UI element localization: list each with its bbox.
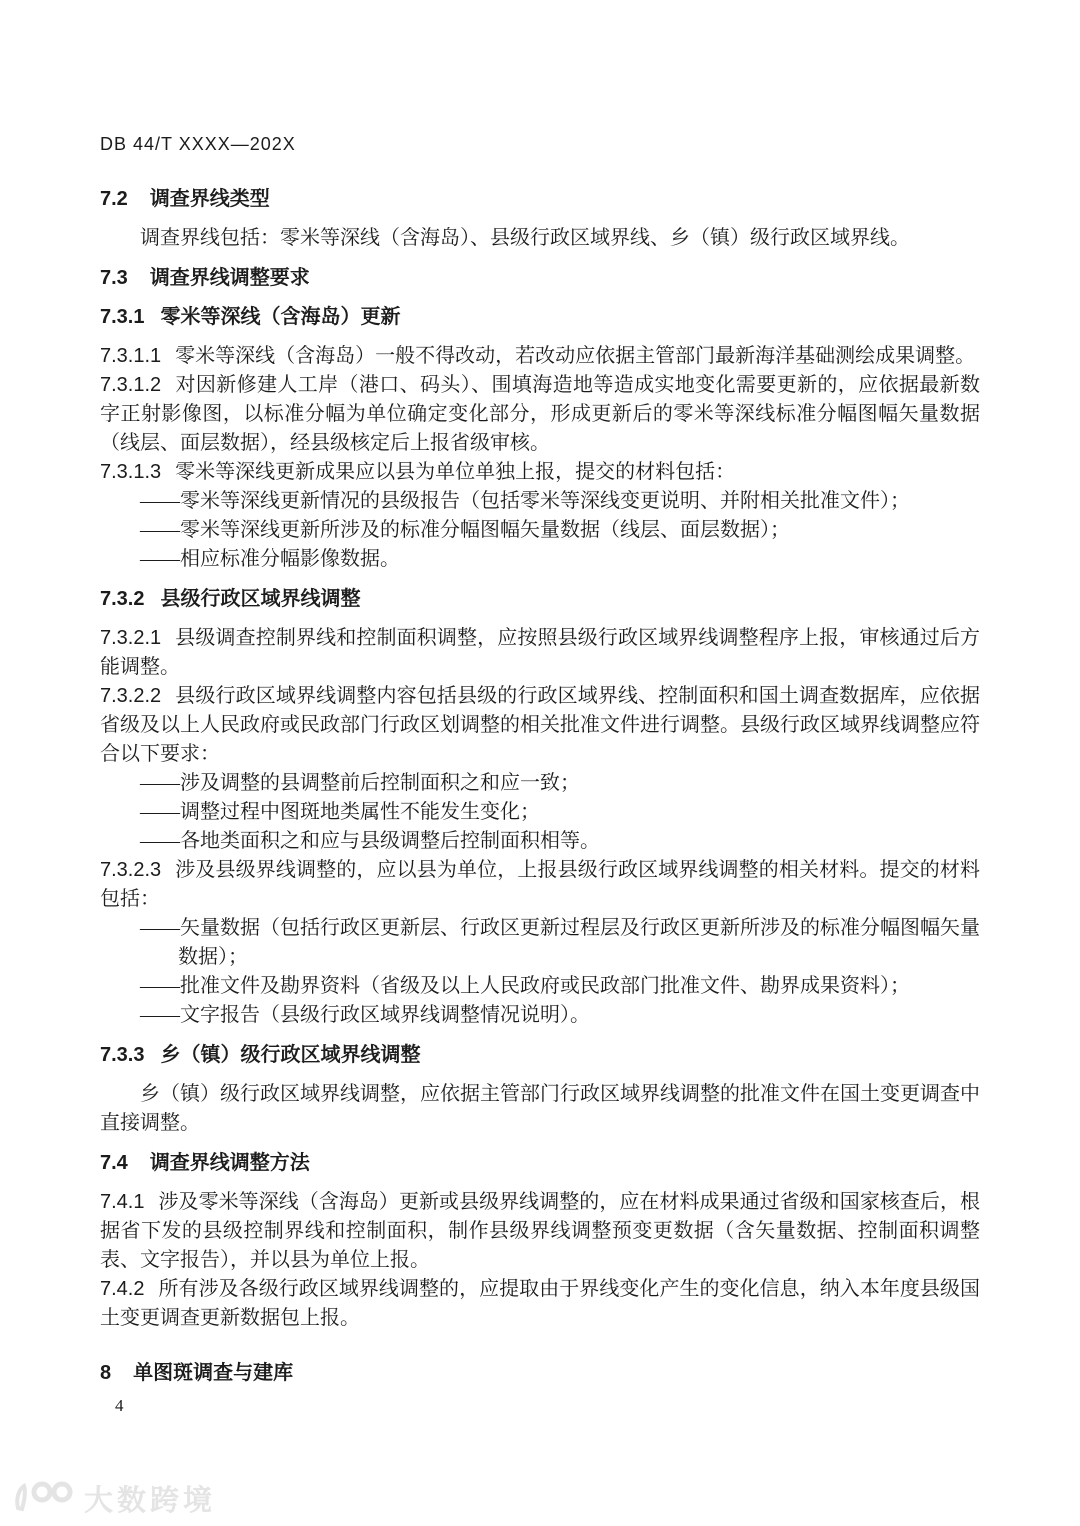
heading-7-3-2: 7.3.2县级行政区域界线调整 bbox=[100, 585, 980, 613]
dash-item: ——零米等深线更新情况的县级报告（包括零米等深线变更说明、并附相关批准文件）； bbox=[100, 487, 980, 516]
dash-item: ——各地类面积之和应与县级调整后控制面积相等。 bbox=[100, 827, 980, 856]
clause-7-3-1-1: 7.3.1.1零米等深线（含海岛）一般不得改动，若改动应依据主管部门最新海洋基础… bbox=[100, 342, 980, 371]
dash-item: ——调整过程中图斑地类属性不能发生变化； bbox=[100, 798, 980, 827]
clause-7-4-2: 7.4.2所有涉及各级行政区域界线调整的，应提取由于界线变化产生的变化信息，纳入… bbox=[100, 1275, 980, 1333]
heading-7-2: 7.2调查界线类型 bbox=[100, 185, 980, 213]
doc-code: DB 44/T XXXX—202X bbox=[100, 130, 980, 159]
page-number: 4 bbox=[115, 1396, 124, 1416]
clause-text: 零米等深线更新成果应以县为单位单独上报，提交的材料包括： bbox=[175, 461, 735, 483]
dash-item: ——零米等深线更新所涉及的标准分幅图幅矢量数据（线层、面层数据）； bbox=[100, 516, 980, 545]
clause-number: 7.3.2.3 bbox=[100, 859, 161, 881]
dash-item: ——涉及调整的县调整前后控制面积之和应一致； bbox=[100, 769, 980, 798]
heading-title: 调查界线类型 bbox=[150, 188, 270, 210]
clause-number: 7.3.1.2 bbox=[100, 374, 161, 396]
heading-number: 7.3.1 bbox=[100, 306, 144, 328]
clause-number: 7.4.1 bbox=[100, 1191, 144, 1213]
heading-title: 单图斑调查与建库 bbox=[133, 1362, 293, 1384]
clause-text: 所有涉及各级行政区域界线调整的，应提取由于界线变化产生的变化信息，纳入本年度县级… bbox=[100, 1278, 980, 1329]
heading-title: 县级行政区域界线调整 bbox=[160, 588, 360, 610]
heading-7-3: 7.3调查界线调整要求 bbox=[100, 264, 980, 292]
heading-number: 7.3.2 bbox=[100, 588, 144, 610]
dash-item: ——文字报告（县级行政区域界线调整情况说明）。 bbox=[100, 1001, 980, 1030]
dash-item: ——矢量数据（包括行政区更新层、行政区更新过程层及行政区更新所涉及的标准分幅图幅… bbox=[100, 914, 980, 972]
dash-item: ——批准文件及勘界资料（省级及以上人民政府或民政部门批准文件、勘界成果资料）； bbox=[100, 972, 980, 1001]
document-content: DB 44/T XXXX—202X 7.2调查界线类型 调查界线包括：零米等深线… bbox=[100, 130, 980, 1398]
clause-number: 7.3.1.3 bbox=[100, 461, 161, 483]
heading-7-3-1: 7.3.1零米等深线（含海岛）更新 bbox=[100, 303, 980, 331]
heading-title: 调查界线调整要求 bbox=[150, 267, 310, 289]
heading-title: 乡（镇）级行政区域界线调整 bbox=[160, 1044, 420, 1066]
heading-7-4: 7.4调查界线调整方法 bbox=[100, 1149, 980, 1177]
watermark-text: 大数跨境 bbox=[84, 1478, 216, 1519]
heading-number: 7.3 bbox=[100, 267, 128, 289]
clause-7-4-1: 7.4.1涉及零米等深线（含海岛）更新或县级界线调整的，应在材料成果通过省级和国… bbox=[100, 1188, 980, 1275]
heading-number: 7.3.3 bbox=[100, 1044, 144, 1066]
heading-number: 7.4 bbox=[100, 1152, 128, 1174]
clause-text: 涉及零米等深线（含海岛）更新或县级界线调整的，应在材料成果通过省级和国家核查后，… bbox=[100, 1191, 980, 1271]
watermark: 大数跨境 bbox=[12, 1478, 216, 1519]
heading-number: 8 bbox=[100, 1362, 111, 1384]
dash-item: ——相应标准分幅影像数据。 bbox=[100, 545, 980, 574]
para-survey-boundary-types: 调查界线包括：零米等深线（含海岛）、县级行政区域界线、乡（镇）级行政区域界线。 bbox=[100, 224, 980, 253]
heading-title: 调查界线调整方法 bbox=[150, 1152, 310, 1174]
clause-number: 7.3.1.1 bbox=[100, 345, 161, 367]
clause-text: 零米等深线（含海岛）一般不得改动，若改动应依据主管部门最新海洋基础测绘成果调整。 bbox=[175, 345, 975, 367]
clause-number: 7.3.2.2 bbox=[100, 685, 161, 707]
heading-8: 8单图斑调查与建库 bbox=[100, 1359, 980, 1387]
clause-text: 涉及县级界线调整的，应以县为单位，上报县级行政区域界线调整的相关材料。提交的材料… bbox=[100, 859, 980, 910]
document-page: DB 44/T XXXX—202X 7.2调查界线类型 调查界线包括：零米等深线… bbox=[0, 0, 1080, 1526]
clause-7-3-2-3: 7.3.2.3涉及县级界线调整的，应以县为单位，上报县级行政区域界线调整的相关材… bbox=[100, 856, 980, 914]
clause-text: 县级调查控制界线和控制面积调整，应按照县级行政区域界线调整程序上报，审核通过后方… bbox=[100, 627, 980, 678]
clause-number: 7.4.2 bbox=[100, 1278, 144, 1300]
heading-title: 零米等深线（含海岛）更新 bbox=[160, 306, 400, 328]
clause-number: 7.3.2.1 bbox=[100, 627, 161, 649]
para-township-boundary: 乡（镇）级行政区域界线调整，应依据主管部门行政区域界线调整的批准文件在国土变更调… bbox=[100, 1080, 980, 1138]
heading-number: 7.2 bbox=[100, 188, 128, 210]
clause-text: 县级行政区域界线调整内容包括县级的行政区域界线、控制面积和国土调查数据库，应依据… bbox=[100, 685, 980, 765]
clause-7-3-1-3: 7.3.1.3零米等深线更新成果应以县为单位单独上报，提交的材料包括： bbox=[100, 458, 980, 487]
clause-7-3-2-2: 7.3.2.2县级行政区域界线调整内容包括县级的行政区域界线、控制面积和国土调查… bbox=[100, 682, 980, 769]
clause-text: 对因新修建人工岸（港口、码头）、围填海造地等造成实地变化需要更新的，应依据最新数… bbox=[100, 374, 980, 454]
clause-7-3-2-1: 7.3.2.1县级调查控制界线和控制面积调整，应按照县级行政区域界线调整程序上报… bbox=[100, 624, 980, 682]
heading-7-3-3: 7.3.3乡（镇）级行政区域界线调整 bbox=[100, 1041, 980, 1069]
watermark-logo-icon bbox=[12, 1478, 76, 1519]
clause-7-3-1-2: 7.3.1.2对因新修建人工岸（港口、码头）、围填海造地等造成实地变化需要更新的… bbox=[100, 371, 980, 458]
